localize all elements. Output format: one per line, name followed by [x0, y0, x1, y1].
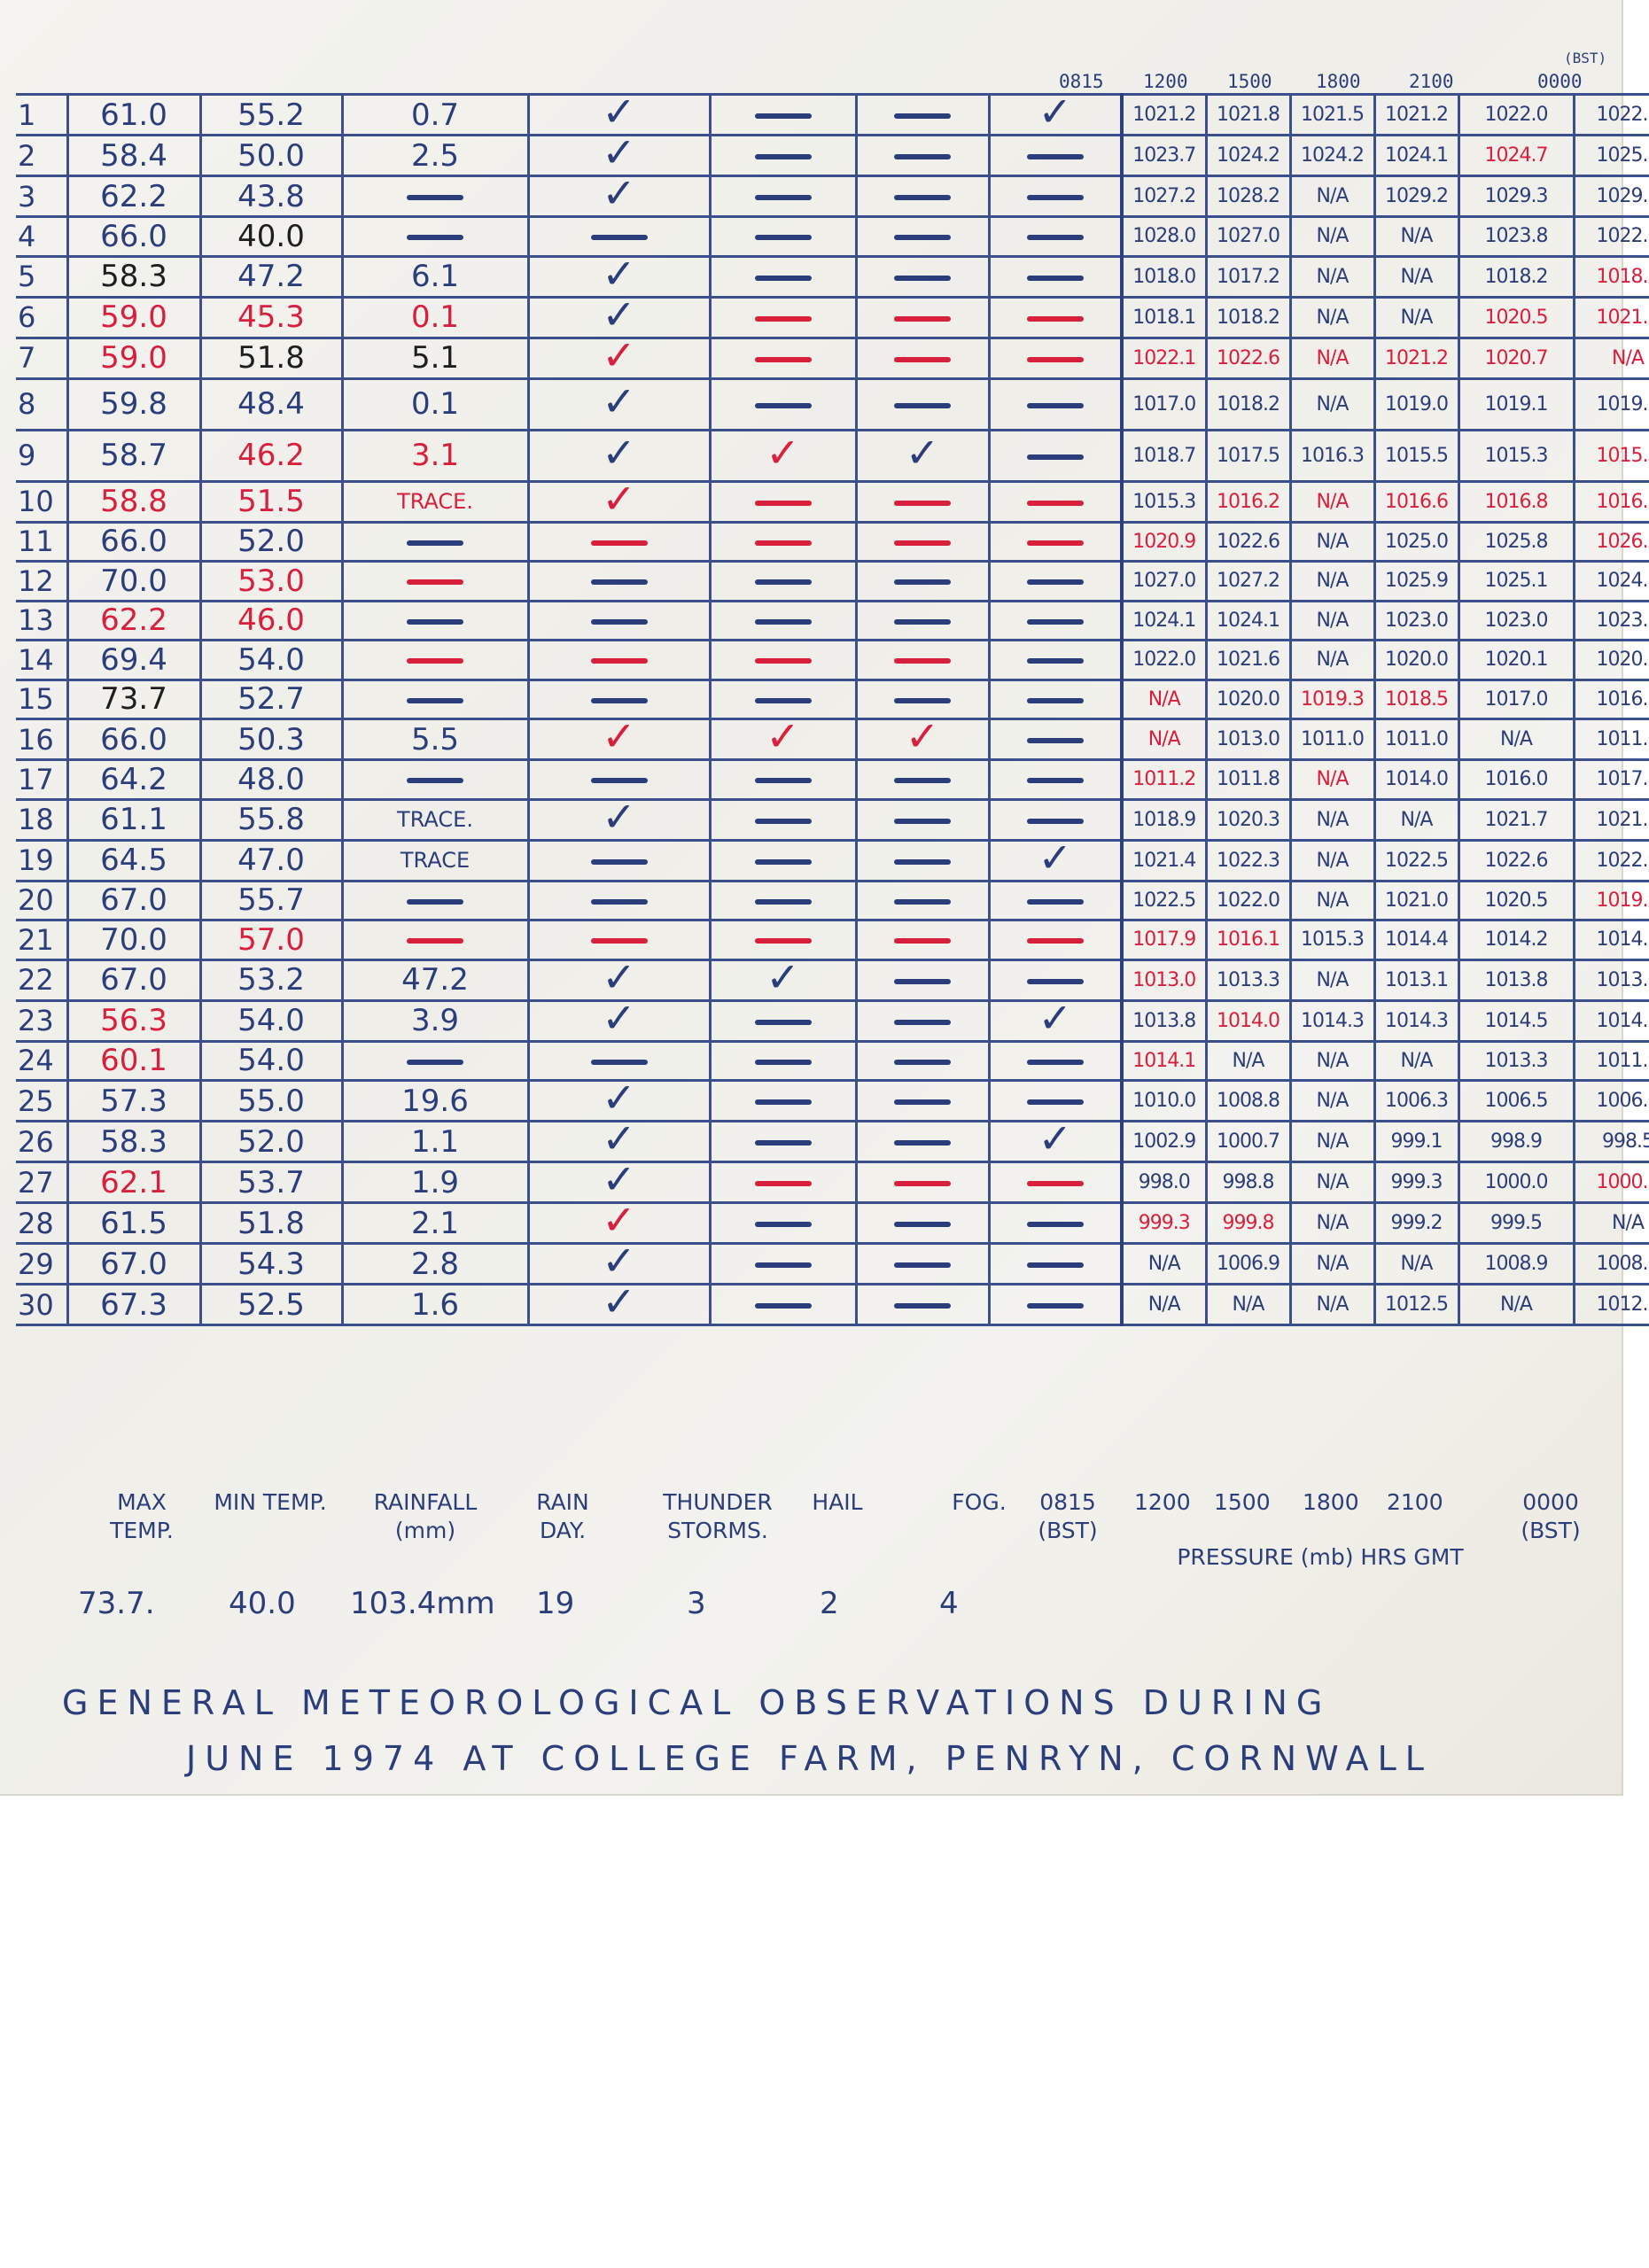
thunder-cell — [710, 641, 856, 680]
fog-cell — [989, 1244, 1122, 1285]
rain-day-cell: ✓ — [528, 719, 710, 760]
table-row: 3067.352.51.6✓N/AN/AN/A1012.5N/A1012.0 — [16, 1285, 1649, 1325]
rainfall-cell: TRACE. — [342, 799, 528, 840]
max-temp-cell: 67.0 — [67, 881, 200, 920]
max-temp-cell: 59.0 — [67, 338, 200, 378]
min-temp-cell: 52.7 — [200, 680, 342, 719]
thunder-cell — [710, 760, 856, 800]
pressure-cell: 1019.5 — [1574, 378, 1649, 430]
rain-day-cell: ✓ — [528, 95, 710, 136]
day-number: 3 — [16, 176, 67, 217]
pressure-cell: 1021.2 — [1574, 799, 1649, 840]
dash-icon — [1027, 819, 1084, 824]
label-pressure-2100: 2100 — [1387, 1488, 1440, 1517]
min-temp-cell: 47.2 — [200, 256, 342, 297]
pressure-cell: 1016.0 — [1458, 760, 1574, 800]
pressure-cell: N/A — [1374, 256, 1458, 297]
logbook-sheet: 081512001500180021000000 (BST) 161. — [0, 0, 1623, 1796]
hail-cell — [856, 256, 989, 297]
min-temp-cell: 55.7 — [200, 881, 342, 920]
min-temp-cell: 40.0 — [200, 217, 342, 257]
thunder-cell — [710, 840, 856, 881]
max-temp-cell: 62.2 — [67, 176, 200, 217]
rain-day-cell: ✓ — [528, 481, 710, 522]
dash-icon — [755, 1020, 812, 1025]
dash-icon — [755, 540, 812, 546]
dash-icon — [591, 899, 648, 905]
min-temp-cell: 50.3 — [200, 719, 342, 760]
check-icon: ✓ — [602, 1000, 636, 1041]
thunder-cell — [710, 378, 856, 430]
dash-icon — [755, 938, 812, 944]
pressure-cell: 1022.0 — [1458, 95, 1574, 136]
fog-cell — [989, 719, 1122, 760]
thunder-cell — [710, 176, 856, 217]
dash-icon — [755, 1262, 812, 1268]
bst-note: (BST) — [1564, 51, 1606, 66]
thunder-cell — [710, 256, 856, 297]
pressure-cell: 1022.3 — [1206, 840, 1290, 881]
min-temp-cell: 54.0 — [200, 641, 342, 680]
rainfall-cell — [342, 641, 528, 680]
dash-icon — [1027, 738, 1084, 743]
dash-icon — [1027, 1222, 1084, 1227]
table-row: 258.450.02.5✓1023.71024.21024.21024.1102… — [16, 136, 1649, 176]
check-icon: ✓ — [602, 95, 636, 136]
thunder-cell: ✓ — [710, 959, 856, 1000]
thunder-cell — [710, 1041, 856, 1081]
pressure-cell: N/A — [1290, 481, 1374, 522]
pressure-cell: N/A — [1290, 1162, 1374, 1203]
rainfall-cell — [342, 601, 528, 641]
pressure-cell: 1011.2 — [1574, 719, 1649, 760]
day-number: 23 — [16, 1000, 67, 1041]
pressure-cell: 1021.6 — [1206, 641, 1290, 680]
fog-cell — [989, 1162, 1122, 1203]
pressure-cell: 1014.3 — [1290, 1000, 1374, 1041]
bst-note-text: (BST) — [1564, 51, 1606, 66]
rain-day-cell — [528, 641, 710, 680]
pressure-cell: 1014.5 — [1574, 1000, 1649, 1041]
check-icon: ✓ — [602, 1162, 636, 1203]
pressure-cell: 1023.0 — [1458, 601, 1574, 641]
dash-icon — [1027, 1060, 1084, 1065]
hail-cell — [856, 176, 989, 217]
thunder-cell — [710, 680, 856, 719]
pressure-cell: 1000.0 — [1458, 1162, 1574, 1203]
pressure-cell: 1026.2 — [1574, 522, 1649, 562]
pressure-cell: 1002.9 — [1122, 1122, 1206, 1162]
pressure-cell: 1015.5 — [1374, 430, 1458, 481]
min-temp-cell: 52.0 — [200, 522, 342, 562]
pressure-cell: 999.2 — [1374, 1203, 1458, 1244]
hail-cell — [856, 641, 989, 680]
label-hail: HAIL — [802, 1488, 873, 1517]
dash-icon — [407, 195, 463, 200]
pressure-cell: 999.5 — [1458, 1203, 1574, 1244]
dash-icon — [407, 778, 463, 783]
pressure-cell: 1024.1 — [1122, 601, 1206, 641]
pressure-cell: N/A — [1374, 217, 1458, 257]
pressure-cell: 1013.0 — [1122, 959, 1206, 1000]
pressure-cell: N/A — [1374, 1244, 1458, 1285]
pressure-cell: N/A — [1122, 1285, 1206, 1325]
pressure-cell: 1024.2 — [1206, 136, 1290, 176]
fog-cell — [989, 760, 1122, 800]
dash-icon — [894, 859, 951, 865]
dash-icon — [894, 1181, 951, 1186]
hail-cell — [856, 297, 989, 338]
min-temp-cell: 52.5 — [200, 1285, 342, 1325]
dash-icon — [894, 540, 951, 546]
caption-line-2: JUNE 1974 AT COLLEGE FARM, PENRYN, CORNW… — [186, 1739, 1649, 1778]
dash-icon — [755, 859, 812, 865]
pressure-cell: 1017.0 — [1574, 760, 1649, 800]
rainfall-cell: 5.1 — [342, 338, 528, 378]
rain-day-cell: ✓ — [528, 1000, 710, 1041]
label-rainfall: RAINFALL (mm) — [363, 1488, 487, 1545]
rain-day-cell: ✓ — [528, 959, 710, 1000]
pressure-cell: N/A — [1374, 799, 1458, 840]
total-rain-days: 19 — [536, 1586, 574, 1621]
dash-icon — [755, 819, 812, 824]
pressure-cell: 998.5 — [1574, 1122, 1649, 1162]
hail-cell — [856, 1162, 989, 1203]
pressure-cell: 1018.0 — [1122, 256, 1206, 297]
table-row: 2557.355.019.6✓1010.01008.8N/A1006.31006… — [16, 1081, 1649, 1122]
min-temp-cell: 52.0 — [200, 1122, 342, 1162]
pressure-cell: N/A — [1290, 760, 1374, 800]
pressure-cell: N/A — [1290, 1081, 1374, 1122]
day-number: 2 — [16, 136, 67, 176]
pressure-cell: 1024.7 — [1574, 562, 1649, 602]
thunder-cell — [710, 217, 856, 257]
hail-cell — [856, 95, 989, 136]
pressure-cell: N/A — [1290, 297, 1374, 338]
rainfall-cell: 2.5 — [342, 136, 528, 176]
pressure-cell: 1006.0 — [1574, 1081, 1649, 1122]
rainfall-cell — [342, 680, 528, 719]
pressure-cell: 1016.8 — [1458, 481, 1574, 522]
day-number: 13 — [16, 601, 67, 641]
pressure-cell: 1017.0 — [1458, 680, 1574, 719]
check-icon: ✓ — [602, 719, 636, 760]
pressure-cell: 1011.2 — [1122, 760, 1206, 800]
fog-cell — [989, 641, 1122, 680]
dash-icon — [1027, 619, 1084, 625]
pressure-cell: 1013.0 — [1206, 719, 1290, 760]
min-temp-cell: 47.0 — [200, 840, 342, 881]
day-number: 19 — [16, 840, 67, 881]
label-pressure: PRESSURE (mb) HRS GMT — [1134, 1543, 1506, 1572]
max-temp-cell: 56.3 — [67, 1000, 200, 1041]
day-number: 18 — [16, 799, 67, 840]
check-icon: ✓ — [602, 378, 636, 425]
pressure-cell: N/A — [1290, 799, 1374, 840]
pressure-cell: 1021.2 — [1374, 95, 1458, 136]
pressure-cell: 1024.1 — [1206, 601, 1290, 641]
pressure-cell: 1017.5 — [1206, 430, 1290, 481]
pressure-cell: 1019.3 — [1290, 680, 1374, 719]
table-row: 1666.050.35.5✓✓✓N/A1013.01011.01011.0N/A… — [16, 719, 1649, 760]
table-row: 161.055.20.7✓✓1021.21021.81021.51021.210… — [16, 95, 1649, 136]
dash-icon — [755, 195, 812, 200]
max-temp-cell: 59.0 — [67, 297, 200, 338]
fog-cell — [989, 881, 1122, 920]
fog-cell: ✓ — [989, 95, 1122, 136]
hail-cell — [856, 1122, 989, 1162]
pressure-cell: 1006.5 — [1458, 1081, 1574, 1122]
pressure-cell: N/A — [1374, 297, 1458, 338]
dash-icon — [407, 1060, 463, 1065]
thunder-cell — [710, 920, 856, 960]
dash-icon — [894, 1060, 951, 1065]
dash-icon — [894, 899, 951, 905]
rain-day-cell: ✓ — [528, 430, 710, 481]
dash-icon — [407, 579, 463, 585]
day-number: 14 — [16, 641, 67, 680]
fog-cell — [989, 1081, 1122, 1122]
day-number: 27 — [16, 1162, 67, 1203]
dash-icon — [894, 501, 951, 506]
min-temp-cell: 53.7 — [200, 1162, 342, 1203]
pressure-cell: 1016.2 — [1206, 481, 1290, 522]
fog-cell — [989, 522, 1122, 562]
day-number: 30 — [16, 1285, 67, 1325]
hail-cell — [856, 920, 989, 960]
pressure-cell: 1012.0 — [1574, 1285, 1649, 1325]
pressure-cell: 1025.2 — [1574, 136, 1649, 176]
pressure-cell: 1021.2 — [1374, 338, 1458, 378]
hail-cell — [856, 136, 989, 176]
pressure-cell: 1029.2 — [1374, 176, 1458, 217]
rain-day-cell — [528, 601, 710, 641]
fog-cell — [989, 799, 1122, 840]
dash-icon — [407, 658, 463, 664]
pressure-cell: 1022.2 — [1574, 95, 1649, 136]
rain-day-cell: ✓ — [528, 1081, 710, 1122]
pressure-cell: 1015.3 — [1458, 430, 1574, 481]
table-row: 1058.851.5TRACE.✓1015.31016.2N/A1016.610… — [16, 481, 1649, 522]
max-temp-cell: 58.3 — [67, 1122, 200, 1162]
label-thunderstorms: THUNDER STORMS. — [660, 1488, 775, 1545]
label-pressure-1200: 1200 — [1134, 1488, 1187, 1517]
pressure-cell: N/A — [1290, 217, 1374, 257]
dash-icon — [894, 316, 951, 322]
pressure-cell: N/A — [1122, 719, 1206, 760]
total-max-temp: 73.7. — [78, 1586, 155, 1621]
table-row: 1861.155.8TRACE.✓1018.91020.3N/AN/A1021.… — [16, 799, 1649, 840]
hail-cell: ✓ — [856, 430, 989, 481]
pressure-cell: 1022.1 — [1122, 338, 1206, 378]
fog-cell — [989, 136, 1122, 176]
dash-icon — [1027, 454, 1084, 460]
hail-cell — [856, 378, 989, 430]
check-icon: ✓ — [602, 1244, 636, 1285]
dash-icon — [755, 154, 812, 159]
dash-icon — [1027, 1262, 1084, 1268]
pressure-cell: 1025.8 — [1458, 522, 1574, 562]
label-pressure-0815: 0815 (BST) — [1028, 1488, 1108, 1545]
pressure-cell: 1020.5 — [1458, 297, 1574, 338]
pressure-cell: 999.8 — [1206, 1203, 1290, 1244]
rainfall-cell: 3.1 — [342, 430, 528, 481]
dash-icon — [894, 1303, 951, 1309]
pressure-cell: 1022.0 — [1122, 641, 1206, 680]
rainfall-cell: 2.8 — [342, 1244, 528, 1285]
dash-icon — [407, 938, 463, 944]
fog-cell: ✓ — [989, 1000, 1122, 1041]
dash-icon — [894, 113, 951, 119]
rain-day-cell — [528, 760, 710, 800]
label-max-temp: MAX TEMP. — [84, 1488, 199, 1545]
dash-icon — [1027, 403, 1084, 408]
dash-icon — [894, 1262, 951, 1268]
pressure-cell: 1020.0 — [1374, 641, 1458, 680]
fog-cell — [989, 176, 1122, 217]
max-temp-cell: 61.5 — [67, 1203, 200, 1244]
rainfall-cell: 47.2 — [342, 959, 528, 1000]
rainfall-cell: 5.5 — [342, 719, 528, 760]
hail-cell — [856, 1203, 989, 1244]
dash-icon — [894, 778, 951, 783]
rain-day-cell — [528, 881, 710, 920]
thunder-cell — [710, 1285, 856, 1325]
pressure-cell: 1022.5 — [1122, 881, 1206, 920]
dash-icon — [755, 579, 812, 585]
min-temp-cell: 51.5 — [200, 481, 342, 522]
dash-icon — [894, 979, 951, 984]
hail-cell — [856, 1000, 989, 1041]
pressure-cell: 1027.2 — [1122, 176, 1206, 217]
thunder-cell — [710, 297, 856, 338]
fog-cell — [989, 378, 1122, 430]
hail-cell — [856, 481, 989, 522]
thunder-cell — [710, 562, 856, 602]
dash-icon — [1027, 1099, 1084, 1105]
pressure-cell: 1025.9 — [1374, 562, 1458, 602]
min-temp-cell: 43.8 — [200, 176, 342, 217]
dash-icon — [755, 235, 812, 240]
label-pressure-1500: 1500 — [1214, 1488, 1267, 1517]
max-temp-cell: 70.0 — [67, 920, 200, 960]
pressure-cell: 1021.1 — [1574, 297, 1649, 338]
table-row: 2170.057.01017.91016.11015.31014.41014.2… — [16, 920, 1649, 960]
dash-icon — [1027, 658, 1084, 664]
monthly-totals: 73.7. 40.0 103.4mm 19 3 2 4 — [0, 1586, 1063, 1639]
dash-icon — [894, 357, 951, 362]
fog-cell — [989, 338, 1122, 378]
rainfall-cell: 6.1 — [342, 256, 528, 297]
thunder-cell: ✓ — [710, 719, 856, 760]
pressure-time-2100: 2100 — [1409, 71, 1454, 92]
rainfall-cell — [342, 920, 528, 960]
dash-icon — [755, 658, 812, 664]
fog-cell — [989, 297, 1122, 338]
fog-cell — [989, 1041, 1122, 1081]
check-icon: ✓ — [766, 719, 800, 760]
pressure-cell: 1013.1 — [1374, 959, 1458, 1000]
pressure-cell: 1023.0 — [1574, 601, 1649, 641]
pressure-cell: N/A — [1290, 378, 1374, 430]
pressure-cell: 999.1 — [1374, 1122, 1458, 1162]
pressure-cell: N/A — [1290, 641, 1374, 680]
total-thunderstorms: 3 — [687, 1586, 706, 1621]
pressure-cell: 1012.5 — [1374, 1285, 1458, 1325]
table-row: 859.848.40.1✓1017.01018.2N/A1019.01019.1… — [16, 378, 1649, 430]
dash-icon — [894, 579, 951, 585]
table-row: 362.243.8✓1027.21028.2N/A1029.21029.3102… — [16, 176, 1649, 217]
pressure-cell: 1021.7 — [1458, 799, 1574, 840]
pressure-cell: 1019.0 — [1374, 378, 1458, 430]
dash-icon — [894, 698, 951, 703]
rainfall-cell — [342, 881, 528, 920]
pressure-cell: N/A — [1374, 1041, 1458, 1081]
pressure-cell: N/A — [1122, 1244, 1206, 1285]
max-temp-cell: 61.1 — [67, 799, 200, 840]
pressure-cell: 1024.1 — [1374, 136, 1458, 176]
day-number: 29 — [16, 1244, 67, 1285]
pressure-cell: 1021.0 — [1374, 881, 1458, 920]
dash-icon — [407, 698, 463, 703]
day-number: 21 — [16, 920, 67, 960]
pressure-cell: 999.3 — [1122, 1203, 1206, 1244]
pressure-cell: 1020.0 — [1574, 641, 1649, 680]
check-icon: ✓ — [906, 719, 940, 760]
pressure-cell: 1006.3 — [1374, 1081, 1458, 1122]
day-number: 16 — [16, 719, 67, 760]
dash-icon — [894, 403, 951, 408]
pressure-cell: N/A — [1290, 522, 1374, 562]
pressure-cell: 1023.7 — [1122, 136, 1206, 176]
day-number: 22 — [16, 959, 67, 1000]
pressure-cell: 1018.2 — [1458, 256, 1574, 297]
check-icon: ✓ — [766, 430, 800, 477]
rain-day-cell: ✓ — [528, 1122, 710, 1162]
pressure-cell: N/A — [1290, 601, 1374, 641]
dash-icon — [894, 658, 951, 664]
pressure-cell: 1017.9 — [1122, 920, 1206, 960]
thunder-cell — [710, 1162, 856, 1203]
thunder-cell — [710, 601, 856, 641]
day-number: 5 — [16, 256, 67, 297]
max-temp-cell: 66.0 — [67, 217, 200, 257]
max-temp-cell: 57.3 — [67, 1081, 200, 1122]
dash-icon — [1027, 357, 1084, 362]
rainfall-cell: 0.1 — [342, 378, 528, 430]
pressure-cell: 1014.1 — [1574, 920, 1649, 960]
max-temp-cell: 62.2 — [67, 601, 200, 641]
day-number: 1 — [16, 95, 67, 136]
table-row: 759.051.85.1✓1022.11022.6N/A1021.21020.7… — [16, 338, 1649, 378]
pressure-cell: N/A — [1290, 840, 1374, 881]
rain-day-cell: ✓ — [528, 338, 710, 378]
label-rain-day: RAIN DAY. — [523, 1488, 603, 1545]
total-fog: 4 — [939, 1586, 959, 1621]
dash-icon — [407, 619, 463, 625]
label-fog: FOG. — [944, 1488, 1015, 1517]
pressure-cell: 1008.8 — [1206, 1081, 1290, 1122]
table-row: 466.040.01028.01027.0N/AN/A1023.81022.5 — [16, 217, 1649, 257]
table-row: 1964.547.0TRACE✓1021.41022.3N/A1022.5102… — [16, 840, 1649, 881]
pressure-cell: 1020.0 — [1206, 680, 1290, 719]
pressure-cell: 1027.0 — [1206, 217, 1290, 257]
pressure-cell: 1017.2 — [1206, 256, 1290, 297]
pressure-cell: 1022.5 — [1574, 217, 1649, 257]
fog-cell — [989, 920, 1122, 960]
dash-icon — [1027, 316, 1084, 322]
max-temp-cell: 67.3 — [67, 1285, 200, 1325]
